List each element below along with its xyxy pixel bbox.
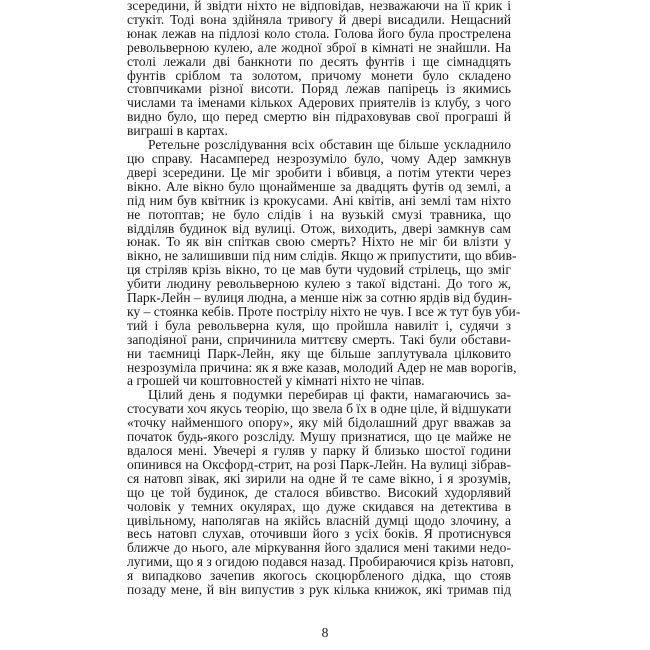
body-text: зсередини, й звідти ніхто не відповідав,…	[127, 0, 511, 597]
text-line: ся натовп зівак, які зирили на одне й те…	[127, 472, 511, 486]
text-line: убити людину револьверною кулею з такої …	[127, 277, 511, 291]
text-line: чоловік у темних окулярах, що дуже скида…	[127, 500, 511, 514]
text-line: револьверною кулею, але жодної зброї в к…	[127, 41, 511, 55]
text-line: вікно. Але вікно було щонайменше за двад…	[127, 180, 511, 194]
paragraph-3: Цілий день я подумки перебирав ці факти,…	[127, 388, 511, 597]
text-line: весь натовп слухав, оточивши його з усіх…	[127, 527, 511, 541]
text-line: ку – стоянка кебів. Проте пострілу ніхто…	[127, 305, 511, 319]
text-line: юнак лежав на підлозі коло стола. Голова…	[127, 27, 511, 41]
text-line: лугими, що я з огидою подався назад. Про…	[127, 555, 511, 569]
text-line: цю справу. Насамперед незрозуміло було, …	[127, 152, 511, 166]
text-line: видно було, що перед смертю він підрахов…	[127, 110, 511, 124]
text-line: Ретельне розслідування всіх обставин ще …	[127, 138, 511, 152]
text-line: початок будь-якого розсліду. Мушу призна…	[127, 430, 511, 444]
text-line: ця стріляв крізь вікно, то це мав бути ч…	[127, 263, 511, 277]
text-line: я випадково зачепив якогось скоцюрбленог…	[127, 569, 511, 583]
text-line: цивільному, наполягав на якійсь власній …	[127, 514, 511, 528]
text-line: стосувати хоч якусь теорію, що звела б ї…	[127, 402, 511, 416]
text-line: вдалося мені. Увечері я гуляв у парку й …	[127, 444, 511, 458]
text-line: що це той будинок, де сталося вбивство. …	[127, 486, 511, 500]
text-line: ни таємниці Парк-Лейн, яку ще більше зап…	[127, 347, 511, 361]
text-line: двері зсередини. Це міг зробити і вбивця…	[127, 166, 511, 180]
text-line: стукіт. Тоді вона здійняла тривогу й две…	[127, 13, 511, 27]
text-line: позаду мене, й він випустив з рук кілька…	[127, 583, 511, 597]
text-line: числами та іменами кількох Адерових прия…	[127, 96, 511, 110]
text-line: «точку найменшого опору», яку мій бідола…	[127, 416, 511, 430]
text-line: фунтів сріблом та золотом, причому монет…	[127, 69, 511, 83]
text-line: опинився на Оксфорд-стрит, на розі Парк-…	[127, 458, 511, 472]
text-line: виграші в картах.	[127, 124, 511, 138]
text-line: а грошей чи коштовностей у кімнаті ніхто…	[127, 374, 511, 388]
text-line: Парк-Лейн – вулиця людна, а менше ніж за…	[127, 291, 511, 305]
text-line: ближче до нього, але міркування його зда…	[127, 541, 511, 555]
paragraph-1: зсередини, й звідти ніхто не відповідав,…	[127, 0, 511, 138]
text-line: Цілий день я подумки перебирав ці факти,…	[127, 388, 511, 402]
text-line: не потоптав; не було слідів і на вузькій…	[127, 208, 511, 222]
page-number: 8	[0, 625, 650, 641]
text-line: відділяв будинок від вулиці. Отож, виход…	[127, 222, 511, 236]
text-line: заподіяної рани, спричинила миттєву смер…	[127, 333, 511, 347]
text-line: зсередини, й звідти ніхто не відповідав,…	[127, 0, 511, 13]
text-line: стовпчиками різної висоти. Поряд лежав п…	[127, 82, 511, 96]
text-line: під ним був квітник із крокусами. Ані кв…	[127, 194, 511, 208]
text-line: вікно, не залишивши під ним слідів. Якщо…	[127, 249, 511, 263]
book-page: зсередини, й звідти ніхто не відповідав,…	[0, 0, 650, 650]
text-line: тий і була револьверна куля, що пройшла …	[127, 319, 511, 333]
text-line: незрозуміла причина: як я вже казав, мол…	[127, 361, 511, 375]
text-line: юнак. То як він спіткав свою смерть? Ніх…	[127, 235, 511, 249]
paragraph-2: Ретельне розслідування всіх обставин ще …	[127, 138, 511, 388]
text-line: столі лежали дві банкноти по десять фунт…	[127, 55, 511, 69]
